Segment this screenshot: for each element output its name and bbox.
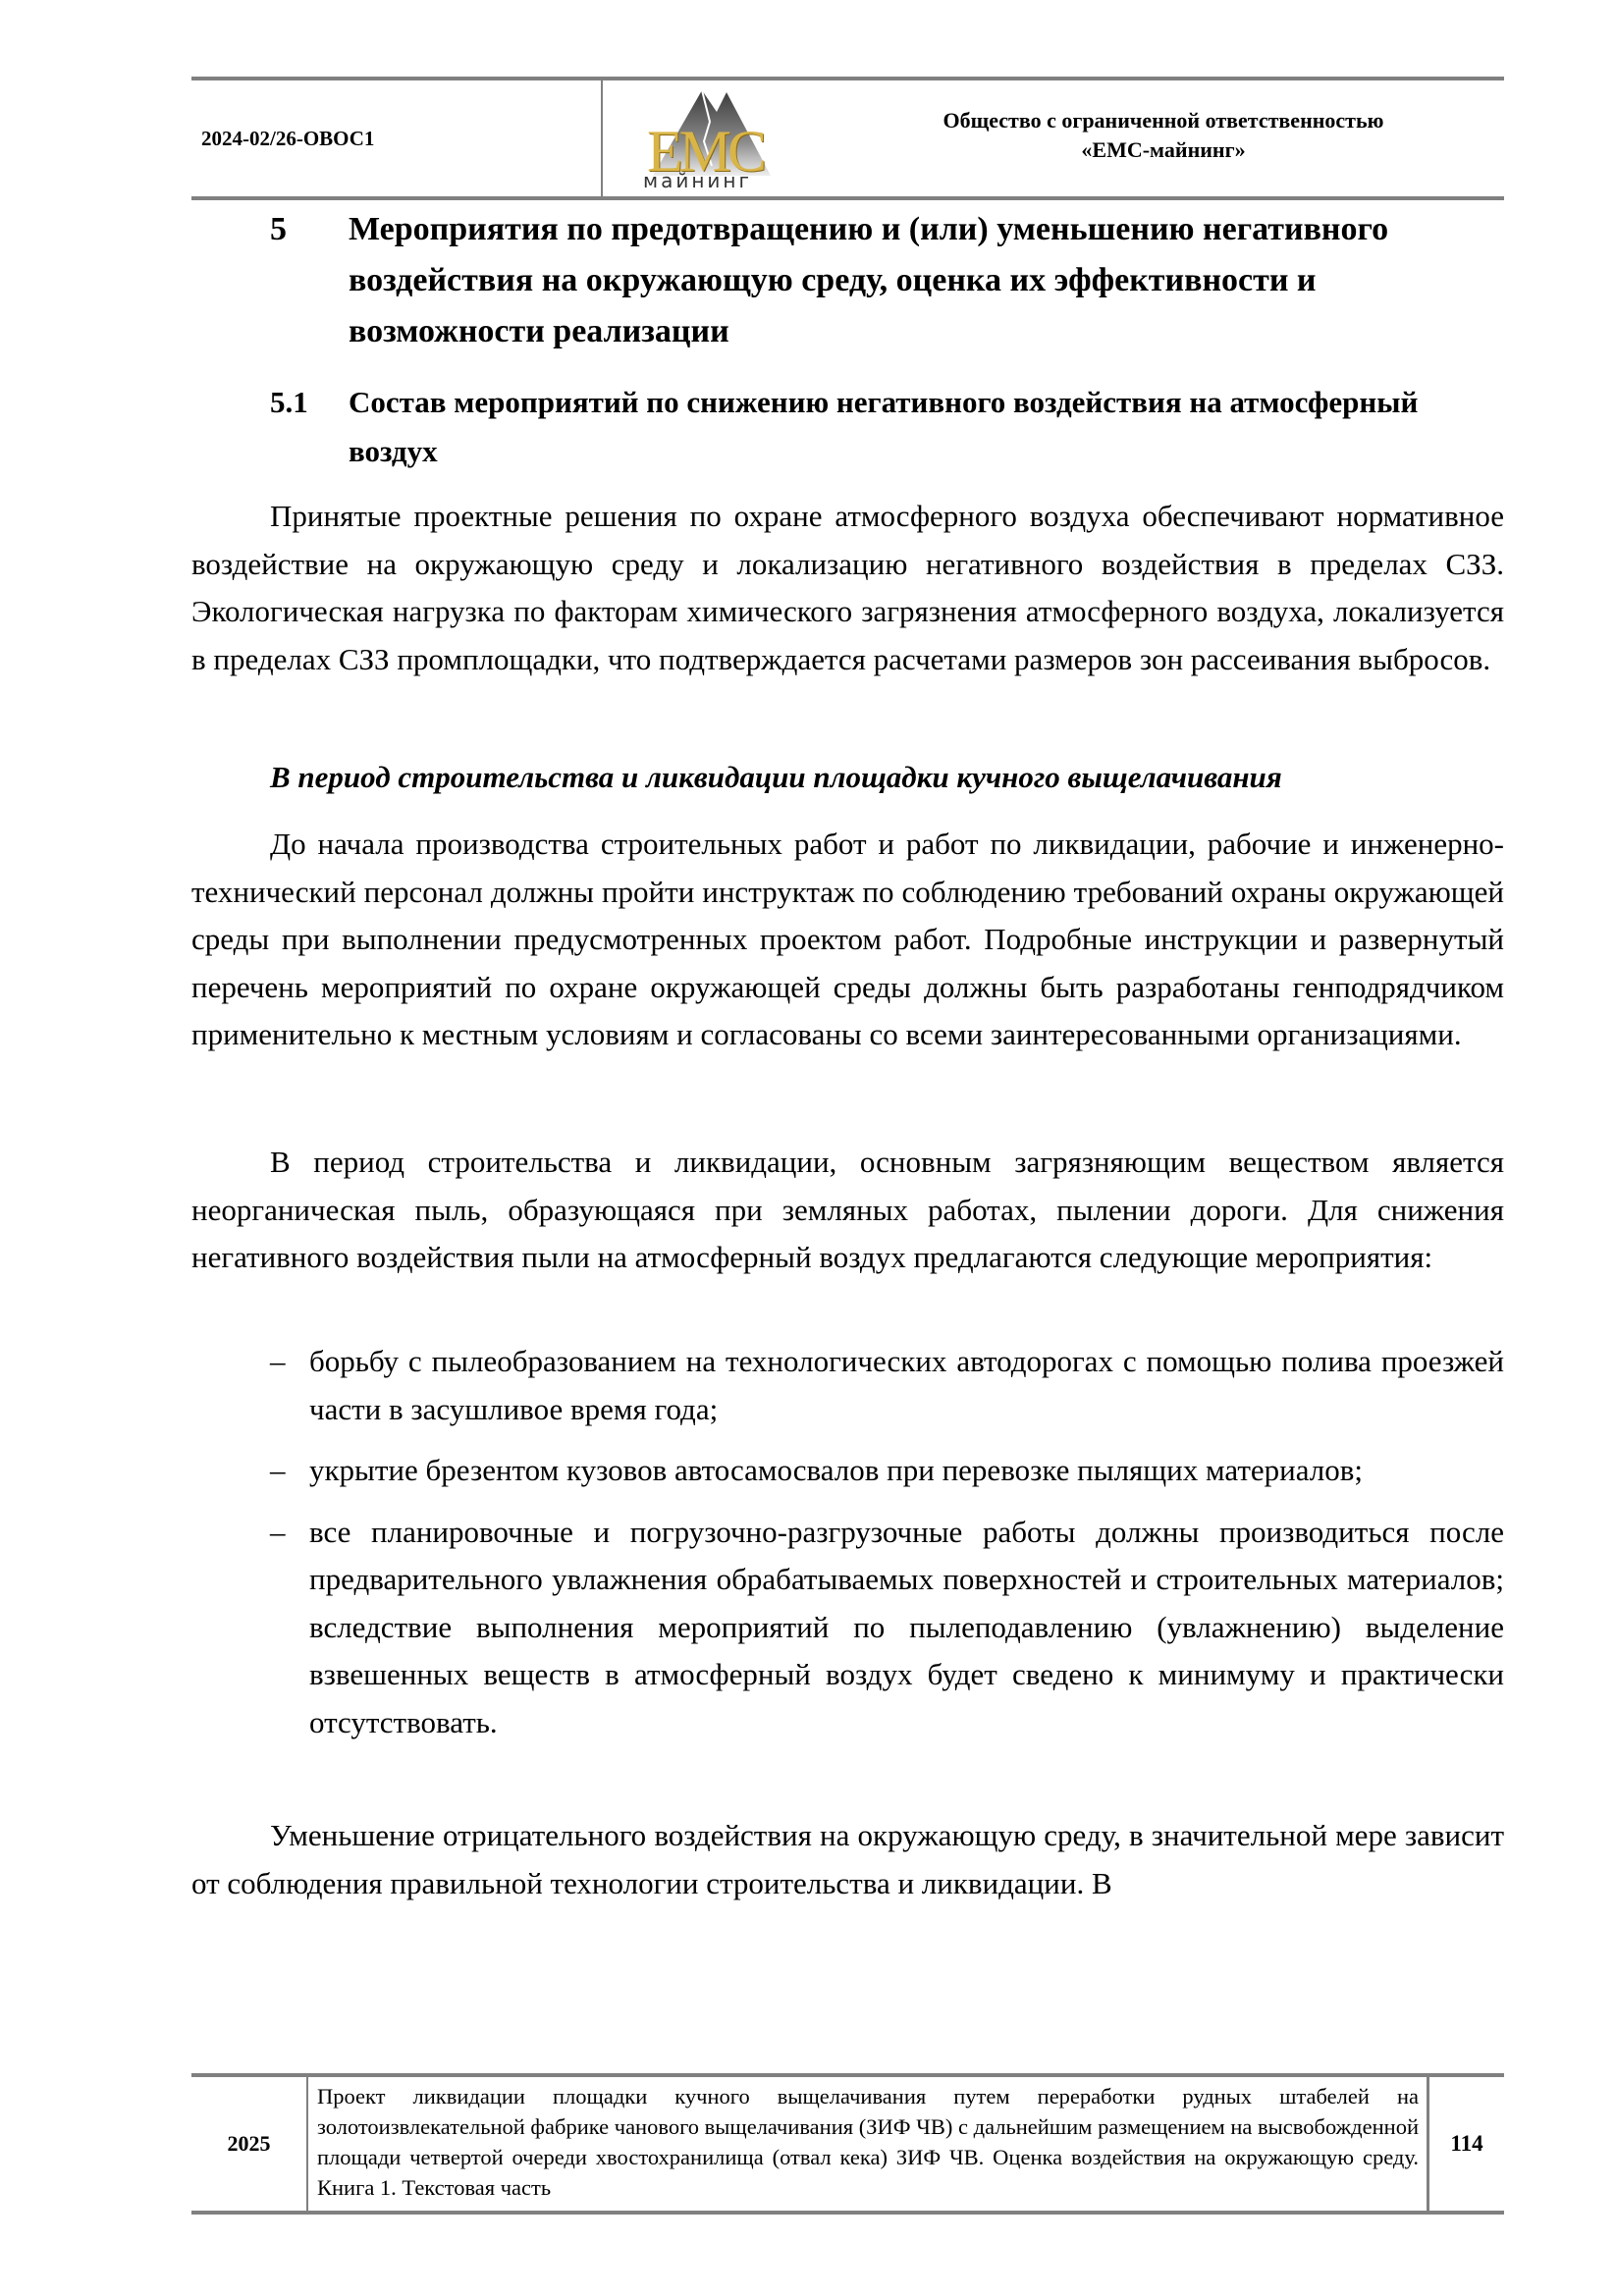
list-item: – все планировочные и погрузочно-разгруз…	[270, 1509, 1504, 1747]
footer-description: Проект ликвидации площадки кучного выщел…	[317, 2081, 1419, 2203]
footer-year: 2025	[191, 2077, 306, 2211]
paragraph-2: До начала производства строительных рабо…	[191, 821, 1504, 1059]
footer-divider	[306, 2077, 308, 2211]
organization-name: Общество с ограниченной ответственностью…	[839, 106, 1487, 165]
measures-list: – борьбу с пылеобразованием на технологи…	[270, 1338, 1504, 1760]
subsection-number: 5.1	[270, 378, 308, 427]
list-item-text: все планировочные и погрузочно-разгрузоч…	[309, 1515, 1504, 1739]
list-item: – борьбу с пылеобразованием на технологи…	[270, 1338, 1504, 1433]
dash-bullet-icon: –	[270, 1509, 286, 1557]
paragraph-3: В период строительства и ликвидации, осн…	[191, 1139, 1504, 1282]
section-number: 5	[270, 204, 287, 255]
company-logo: ЕМС майнинг	[633, 82, 790, 192]
italic-subheading: В период строительства и ликвидации площ…	[270, 754, 1504, 801]
page-number: 114	[1429, 2077, 1504, 2211]
org-line-2: «ЕМС-майнинг»	[839, 135, 1487, 165]
header-divider	[601, 80, 603, 196]
section-title: Мероприятия по предотвращению и (или) ум…	[349, 204, 1428, 357]
page-header: 2024-02/26-ОВОС1 ЕМС майнинг Общество с …	[191, 77, 1504, 200]
list-item-text: борьбу с пылеобразованием на технологиче…	[309, 1344, 1504, 1426]
page-footer: 2025 Проект ликвидации площадки кучного …	[191, 2073, 1504, 2215]
dash-bullet-icon: –	[270, 1447, 286, 1495]
list-item-text: укрытие брезентом кузовов автосамосвалов…	[309, 1453, 1363, 1487]
list-item: – укрытие брезентом кузовов автосамосвал…	[270, 1447, 1504, 1495]
org-line-1: Общество с ограниченной ответственностью	[839, 106, 1487, 135]
dash-bullet-icon: –	[270, 1338, 286, 1386]
subsection-title: Состав мероприятий по снижению негативно…	[349, 378, 1428, 476]
paragraph-4: Уменьшение отрицательного воздействия на…	[191, 1812, 1504, 1907]
paragraph-1: Принятые проектные решения по охране атм…	[191, 493, 1504, 683]
document-code: 2024-02/26-ОВОС1	[201, 80, 374, 196]
logo-subtitle: майнинг	[643, 169, 752, 192]
